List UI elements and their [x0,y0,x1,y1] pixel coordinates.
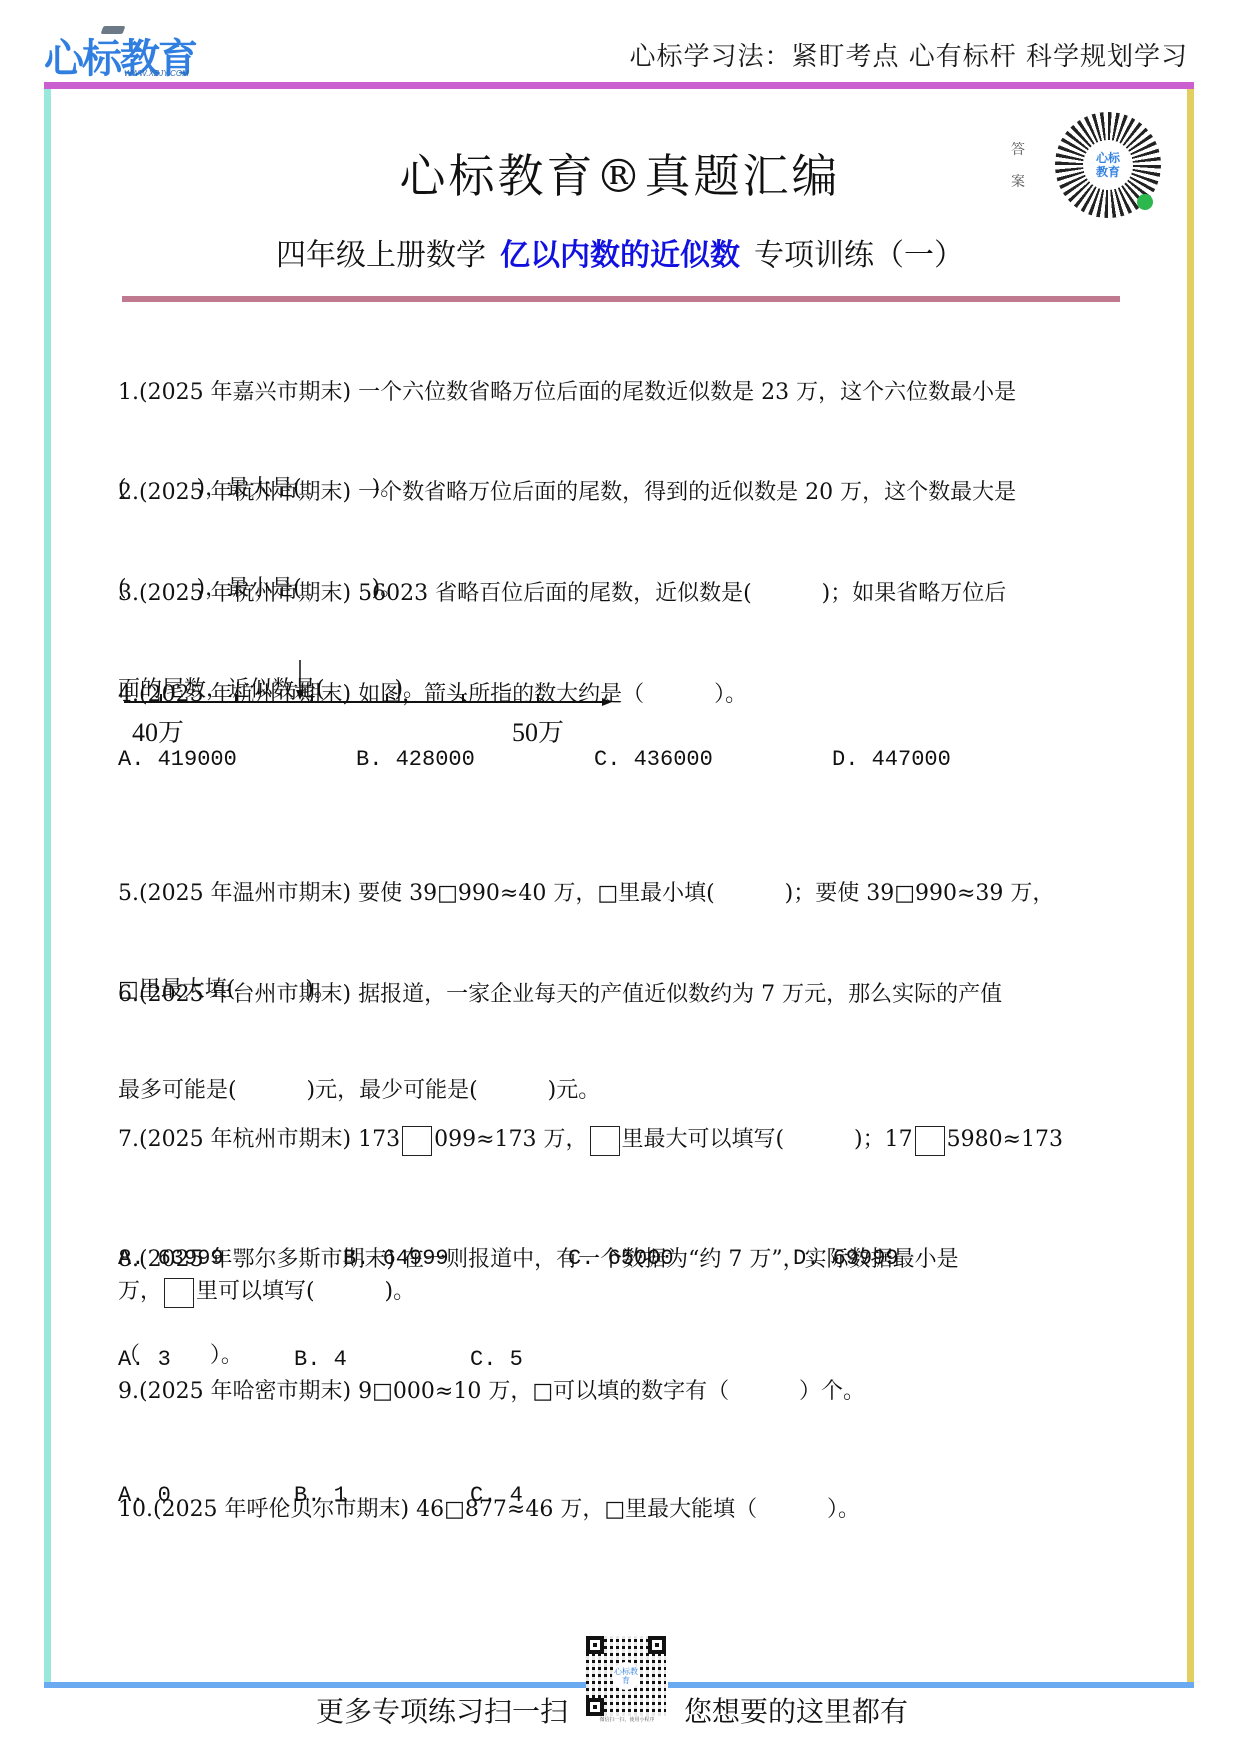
option-b[interactable]: B. 4 [294,1344,470,1376]
qr-finder-icon [586,1698,604,1716]
left-border [44,89,51,1686]
option-a[interactable]: A. 3 [118,1344,294,1376]
number-line-icon [122,660,612,720]
subtitle-topic: 亿以内数的近似数 [500,238,740,273]
question-text: 099≈173 万， [434,1127,587,1152]
subtitle-suffix: 专项训练（一） [754,238,964,273]
subtitle: 四年级上册数学亿以内数的近似数专项训练（一） [0,230,1240,274]
question-text: 9.(2025 年哈密市期末) 9□000≈10 万，□可以填的数字有（ ）个。 [118,1376,1138,1408]
logo-url: WWW.XBJY.COM [124,69,189,78]
option-c[interactable]: C. 5 [470,1344,523,1376]
qr-finder-icon [586,1636,604,1654]
graduation-cap-icon [101,26,126,34]
answer-label: 答 案 [1011,134,1025,198]
question-8-options: A. 63999 B. 64999 C. 65000 D. 69999 [118,1243,899,1275]
question-9: 9.(2025 年哈密市期末) 9□000≈10 万，□可以填的数字有（ ）个。 [118,1312,1138,1440]
page-title: 心标教育®真题汇编 [0,140,1240,206]
qr-code-icon: 心标教育 [586,1636,666,1716]
blank-box[interactable] [402,1126,432,1156]
option-b[interactable]: B. 64999 [343,1243,568,1275]
blank-box[interactable] [915,1126,945,1156]
subtitle-grade: 四年级上册数学 [276,238,486,273]
question-text: 5.(2025 年温州市期末) 要使 39□990≈40 万，□里最小填( )；… [118,878,1138,910]
footer-qr-code[interactable]: 心标教育 微信扫一扫，使用小程序 [586,1636,668,1732]
question-text: 5980≈173 [947,1127,1063,1152]
question-text: 3.(2025 年杭州市期末) 56023 省略百位后面的尾数，近似数是( )；… [118,578,1138,610]
qr-logo-line2: 教育 [1096,165,1120,179]
top-border [44,82,1194,89]
answer-label-char-1: 答 [1011,134,1025,166]
question-text: 6.(2025 年台州市期末) 据报道，一家企业每天的产值近似数约为 7 万元，… [118,979,1138,1011]
option-a[interactable]: A. 0 [118,1480,294,1512]
question-9-options: A. 3 B. 4 C. 5 [118,1344,523,1376]
question-10-options: A. 0 B. 1 C. 4 [118,1480,523,1512]
footer-right-text: 您想要的这里都有 [684,1690,908,1730]
question-text: 里最大可以填写( )；17 [622,1127,913,1152]
option-b[interactable]: B. 1 [294,1480,470,1512]
footer-left-text: 更多专项练习扫一扫 [316,1690,568,1730]
qr-caption: 微信扫一扫，使用小程序 [586,1716,668,1723]
question-text: 2.(2025 年杭州市期末) 一个数省略万位后面的尾数，得到的近似数是 20 … [118,477,1138,509]
qr-finder-icon [648,1636,666,1654]
option-d[interactable]: D. 447000 [832,744,951,776]
option-c[interactable]: C. 65000 [568,1243,793,1275]
answer-label-char-2: 案 [1011,166,1025,198]
qr-logo: 心标 教育 [1083,140,1133,190]
blank-box[interactable] [590,1126,620,1156]
header-slogan: 心标学习法：紧盯考点 心有标杆 科学规划学习 [629,36,1188,73]
number-line-figure: 40万 50万 [122,660,612,730]
option-c[interactable]: C. 436000 [594,744,832,776]
question-text: 7.(2025 年杭州市期末) 173 [118,1127,400,1152]
question-4-options: A. 419000 B. 428000 C. 436000 D. 447000 [118,744,951,776]
option-b[interactable]: B. 428000 [356,744,594,776]
mini-program-icon [1137,194,1153,210]
qr-logo-line1: 心标 [1096,151,1120,165]
brand-logo: 心标教育 WWW.XBJY.COM [44,30,189,80]
question-text: 1.(2025 年嘉兴市期末) 一个六位数省略万位后面的尾数近似数是 23 万，… [118,377,1138,409]
title-divider [122,296,1120,302]
option-d[interactable]: D. 69999 [793,1243,899,1275]
right-border [1187,89,1194,1686]
option-a[interactable]: A. 63999 [118,1243,343,1275]
qr-logo: 心标教育 [612,1662,640,1690]
option-c[interactable]: C. 4 [470,1480,523,1512]
answer-qr-code[interactable]: 心标 教育 [1055,112,1161,218]
option-a[interactable]: A. 419000 [118,744,356,776]
